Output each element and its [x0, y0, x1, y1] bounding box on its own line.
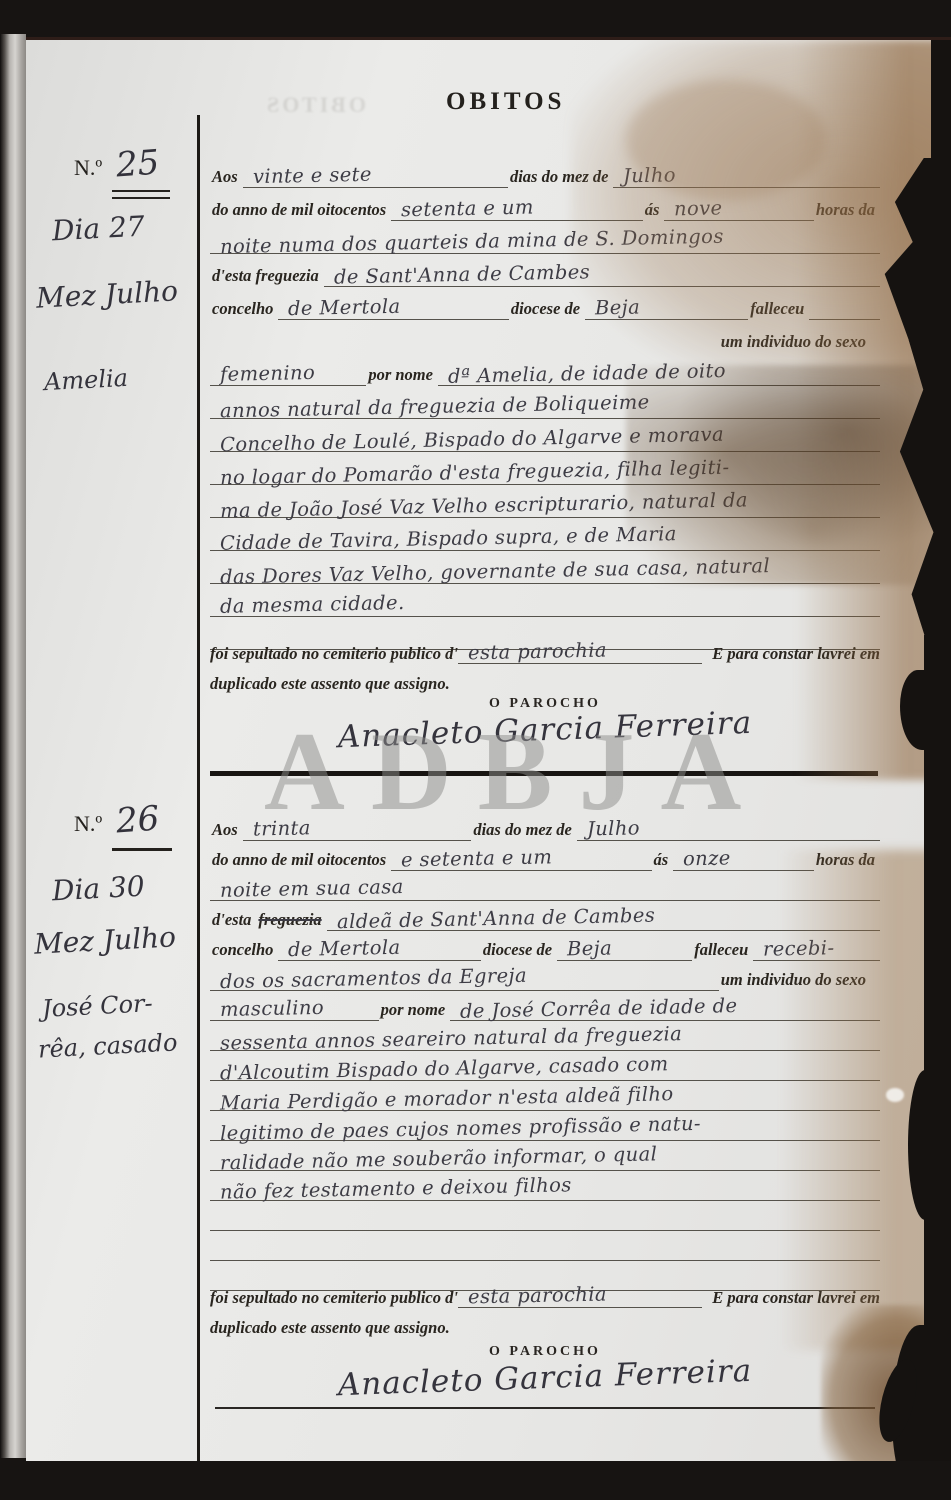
margin-name-line2: rêa, casado [37, 1028, 178, 1063]
number-value: 26 [115, 799, 161, 842]
handwritten-text: annos natural da freguezia de Boliqueime [210, 395, 880, 419]
printed-form-text: por nome [366, 365, 438, 386]
blank-ruled-line [210, 1230, 880, 1231]
form-line: das Dores Vaz Velho, governante de sua c… [210, 551, 880, 584]
signature-underline [215, 1407, 875, 1409]
book-page-edges [0, 34, 26, 1458]
entry-26-lines: Aostrintadias do mez deJulhodo anno de m… [210, 811, 880, 1291]
handwritten-text: da mesma cidade. [210, 593, 575, 617]
handwritten-text: legitimo de paes cujos nomes profissão e… [210, 1117, 880, 1141]
form-line [210, 1231, 880, 1261]
form-line: femeninopor nomedª Amelia, de idade de o… [210, 353, 880, 386]
handwritten-text: setenta e um [391, 197, 643, 221]
paper-fleck [886, 1088, 904, 1102]
margin-month: Mez Julho [35, 274, 179, 314]
printed-form-text: falleceu [692, 940, 753, 961]
number-label: N.º [74, 811, 102, 837]
blank-ruled-line [801, 1200, 880, 1201]
handwritten-text: Beja [557, 937, 692, 961]
printed-form-text: d'esta freguezia [210, 266, 324, 287]
handwritten-text: aldeã de Sant'Anna de Cambes [327, 907, 880, 931]
form-line: dos os sacramentos da Egrejaum individuo… [210, 961, 880, 991]
handwritten-text: e setenta e um [391, 847, 651, 871]
handwritten-text: sessenta annos seareiro natural da fregu… [210, 1027, 880, 1051]
form-line: Concelho de Loulé, Bispado do Algarve e … [210, 419, 880, 452]
torn-edge [931, 40, 951, 170]
printed-form-text: um individuo do sexo [719, 970, 880, 991]
form-line: concelhode Mertoladiocese deBejafalleceu [210, 287, 880, 320]
margin-day: Dia 30 [51, 870, 145, 908]
printed-form-text: por nome [379, 1000, 451, 1021]
printed-form-text: Aos [210, 820, 243, 841]
handwritten-text: no logar do Pomarão d'esta freguezia, fi… [210, 461, 880, 485]
handwritten-text: de Mertola [278, 296, 509, 320]
form-line: noite numa dos quarteis da mina de S. Do… [210, 221, 880, 254]
assent-printed: duplicado este assento que assigno. [210, 674, 450, 694]
entry-25-lines: Aosvinte e setedias do mez deJulhodo ann… [210, 155, 880, 650]
register-page: OBITOS OBITOS N.º 25 Dia 27 Mez Julho Am… [26, 37, 951, 1461]
entry-26-footer: foi sepultado no cemiterio publico d' es… [210, 1278, 880, 1396]
handwritten-text: ralidade não me souberão informar, o qua… [210, 1147, 880, 1171]
torn-edge [878, 340, 951, 650]
bleed-through-title: OBITOS [264, 92, 366, 118]
handwritten-text: vinte e sete [243, 164, 508, 188]
number-underline [112, 190, 170, 199]
margin-name-line1: José Cor- [41, 989, 153, 1023]
printed-form-text: d'esta [210, 910, 256, 931]
printed-form-text: um individuo do sexo [719, 332, 880, 353]
burial-line: foi sepultado no cemiterio publico d' es… [210, 634, 880, 664]
printed-form-text: concelho [210, 299, 278, 320]
printed-form-text: horas da [814, 200, 880, 221]
margin-month: Mez Julho [33, 920, 177, 960]
printed-form-text: diocese de [509, 299, 585, 320]
form-line: Aosvinte e setedias do mez deJulho [210, 155, 880, 188]
form-line: d'Alcoutim Bispado do Algarve, casado co… [210, 1051, 880, 1081]
printed-form-text: ás [652, 850, 674, 871]
printed-form-text: do anno de mil oitocentos [210, 850, 391, 871]
torn-edge [924, 635, 951, 1461]
entry-number-26: N.º 26 [74, 800, 159, 840]
form-line: concelhode Mertoladiocese deBejafalleceu… [210, 931, 880, 961]
handwritten-text: noite em sua casa [210, 877, 880, 901]
handwritten-text: Beja [585, 296, 748, 320]
margin-rule-line [197, 115, 200, 1461]
burial-handwritten: esta parochia [458, 1284, 702, 1308]
archive-watermark: ADBJA [264, 708, 767, 837]
printed-form-text: freguezia [256, 910, 326, 931]
burial-printed-prefix: foi sepultado no cemiterio publico d' [210, 644, 458, 664]
printed-form-text: ás [643, 200, 665, 221]
printed-form-text: horas da [814, 850, 880, 871]
blank-ruled-line [809, 319, 880, 320]
assent-line: duplicado este assento que assigno. [210, 664, 880, 694]
handwritten-text: onze [673, 847, 814, 871]
handwritten-text: de Mertola [278, 937, 480, 961]
handwritten-text: dos os sacramentos da Egreja [210, 967, 719, 991]
handwritten-text: ma de João José Vaz Velho escripturario,… [210, 494, 880, 518]
printed-form-text: diocese de [481, 940, 557, 961]
handwritten-text: noite numa dos quarteis da mina de S. Do… [210, 230, 880, 254]
handwritten-text: das Dores Vaz Velho, governante de sua c… [210, 560, 880, 584]
form-line: annos natural da freguezia de Boliqueime [210, 386, 880, 419]
handwritten-text: d'Alcoutim Bispado do Algarve, casado co… [210, 1057, 880, 1081]
form-line: do anno de mil oitocentossetenta e umásn… [210, 188, 880, 221]
printed-form-text: concelho [210, 940, 278, 961]
form-line: sessenta annos seareiro natural da fregu… [210, 1021, 880, 1051]
number-label: N.º [74, 155, 102, 181]
printed-form-text: falleceu [748, 299, 809, 320]
number-value: 25 [115, 143, 161, 186]
form-line: Maria Perdigão e morador n'esta aldeã fi… [210, 1081, 880, 1111]
handwritten-text: de José Corrêa de idade de [450, 997, 880, 1021]
margin-day: Dia 27 [51, 210, 145, 248]
entry-number-25: N.º 25 [74, 144, 159, 184]
form-line: um individuo do sexo [210, 320, 880, 353]
burial-handwritten: esta parochia [458, 640, 702, 664]
form-line: noite em sua casa [210, 871, 880, 901]
number-underline [112, 848, 172, 854]
handwritten-text: Concelho de Loulé, Bispado do Algarve e … [210, 428, 880, 452]
burial-line: foi sepultado no cemiterio publico d' es… [210, 1278, 880, 1308]
blank-ruled-line [210, 1260, 880, 1261]
blank-ruled-line [575, 616, 880, 617]
burial-printed-suffix: E para constar lavrei em [702, 1288, 880, 1308]
form-line: d'esta fregueziade Sant'Anna de Cambes [210, 254, 880, 287]
form-line: ralidade não me souberão informar, o qua… [210, 1141, 880, 1171]
form-line: da mesma cidade. [210, 584, 880, 617]
assent-printed: duplicado este assento que assigno. [210, 1318, 450, 1338]
form-line: Cidade de Tavira, Bispado supra, e de Ma… [210, 518, 880, 551]
page-title: OBITOS [446, 88, 565, 116]
printed-form-text: Aos [210, 167, 243, 188]
form-line: ma de João José Vaz Velho escripturario,… [210, 485, 880, 518]
handwritten-text: Julho [613, 164, 880, 188]
torn-edge [900, 670, 940, 750]
handwritten-text: Cidade de Tavira, Bispado supra, e de Ma… [210, 527, 880, 551]
burial-printed-prefix: foi sepultado no cemiterio publico d' [210, 1288, 458, 1308]
handwritten-text: recebi- [753, 937, 880, 961]
form-line: legitimo de paes cujos nomes profissão e… [210, 1111, 880, 1141]
handwritten-text: Maria Perdigão e morador n'esta aldeã fi… [210, 1087, 880, 1111]
form-line: no logar do Pomarão d'esta freguezia, fi… [210, 452, 880, 485]
printed-form-text: dias do mez de [508, 167, 614, 188]
handwritten-text: de Sant'Anna de Cambes [324, 263, 880, 287]
margin-name: Amelia [43, 364, 128, 396]
handwritten-text: masculino [210, 997, 379, 1021]
form-line: não fez testamento e deixou filhos [210, 1171, 880, 1201]
burial-printed-suffix: E para constar lavrei em [702, 644, 880, 664]
torn-edge [908, 1070, 942, 1220]
handwritten-text: nove [664, 197, 813, 221]
form-line: do anno de mil oitocentose setenta e umá… [210, 841, 880, 871]
form-line: d'estafregueziaaldeã de Sant'Anna de Cam… [210, 901, 880, 931]
form-line: masculinopor nomede José Corrêa de idade… [210, 991, 880, 1021]
torn-edge [892, 1325, 942, 1461]
handwritten-text: femenino [210, 362, 366, 386]
handwritten-text: não fez testamento e deixou filhos [210, 1177, 801, 1201]
form-line [210, 1201, 880, 1231]
handwritten-text: dª Amelia, de idade de oito [438, 362, 880, 386]
printed-form-text: do anno de mil oitocentos [210, 200, 391, 221]
assent-line: duplicado este assento que assigno. [210, 1308, 880, 1338]
